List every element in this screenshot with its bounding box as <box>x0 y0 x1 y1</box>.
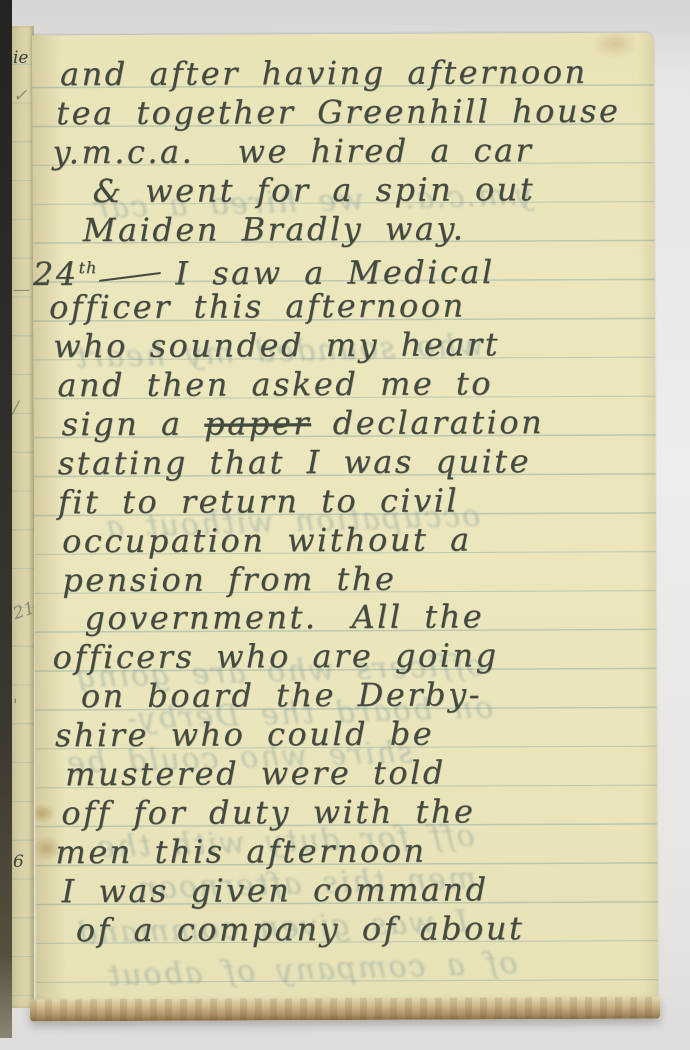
handwriting-segment: stating that I was quite <box>58 442 531 482</box>
handwriting-line: shire who could be <box>35 714 657 756</box>
handwriting-line: on board the Derby- <box>35 675 657 717</box>
handwriting-line: pension from the <box>34 558 656 600</box>
handwriting-segment: and then asked me to <box>57 364 493 404</box>
handwriting-line: Maiden Bradly way. <box>33 208 655 250</box>
handwriting-line: & went for a spin out <box>32 169 654 211</box>
handwriting-segment: officer this afternoon <box>49 287 466 327</box>
handwriting-segment: tea together Greenhill house <box>56 92 620 132</box>
handwriting-segment: officers who are going <box>53 637 499 677</box>
handwriting-line: officer this afternoon <box>33 286 655 328</box>
notebook-page: y.m.c.a. we hired a carwho sounded my he… <box>32 33 658 1004</box>
handwriting-segment: of a company of about <box>76 909 525 949</box>
handwriting-line: officers who are going <box>35 636 657 678</box>
handwriting-segment: sign a <box>62 405 205 444</box>
handwriting-line: 24th—I saw a Medical <box>33 247 655 289</box>
handwriting-segment: shire who could be <box>55 715 434 755</box>
handwriting-segment: government. <box>84 599 317 638</box>
handwriting-segment: who sounded my heart <box>53 326 500 366</box>
handwriting-segment: th <box>79 259 98 278</box>
page-stack-edge <box>30 997 660 1022</box>
handwriting-line: occupation without a <box>34 519 656 561</box>
handwriting-line: mustered were told <box>35 753 657 795</box>
handwriting-segment: declaration <box>311 403 544 442</box>
handwriting-line: sign a paper declaration <box>34 403 656 445</box>
handwriting-segment: — <box>100 272 162 282</box>
handwriting-line: and then asked me to <box>33 364 655 406</box>
handwriting-segment: and after having afternoon <box>60 53 588 93</box>
handwriting-line: men this afternoon <box>35 830 657 872</box>
scanned-diary-page: ie✓—/21'6 y.m.c.a. we hired a carwho sou… <box>0 0 690 1050</box>
handwriting-segment: & went for a spin out <box>92 170 535 210</box>
handwriting-line: fit to return to civil <box>34 480 656 522</box>
handwriting-segment: off for duty with the <box>61 792 475 832</box>
handwriting-line: tea together Greenhill house <box>32 92 654 134</box>
handwriting-segment: All the <box>351 598 484 637</box>
handwriting-segment: paper <box>204 404 311 442</box>
handwriting-segment: pension from the <box>62 559 396 598</box>
handwriting-line: government.All the <box>34 597 656 639</box>
handwriting-segment: mustered were told <box>65 754 446 794</box>
handwriting-line: of a company of about <box>36 908 658 950</box>
handwriting-line: who sounded my heart <box>33 325 655 367</box>
handwriting-line: stating that I was quite <box>34 442 656 484</box>
bleed-through-ghost: of a company of about <box>106 946 518 994</box>
handwriting-segment: y.m.c.a. we hired a car <box>52 131 533 171</box>
handwriting-line: and after having afternoon <box>32 53 654 95</box>
book-binding-gutter <box>0 0 12 1038</box>
handwriting-segment: men this afternoon <box>55 831 426 871</box>
handwriting-segment: on board the Derby- <box>81 676 482 716</box>
handwriting-line: I was given command <box>36 869 658 911</box>
handwriting-segment: I was given command <box>62 870 489 910</box>
handwriting-line: off for duty with the <box>35 792 657 834</box>
handwriting-segment: fit to return to civil <box>58 481 459 521</box>
handwriting-lines: and after having afternoontea together G… <box>32 53 658 950</box>
handwriting-line: y.m.c.a. we hired a car <box>32 130 654 172</box>
facing-page-edge: ie✓—/21'6 <box>12 26 34 1008</box>
handwriting-segment: Maiden Bradly way. <box>83 209 466 249</box>
handwriting-segment: occupation without a <box>62 520 472 560</box>
